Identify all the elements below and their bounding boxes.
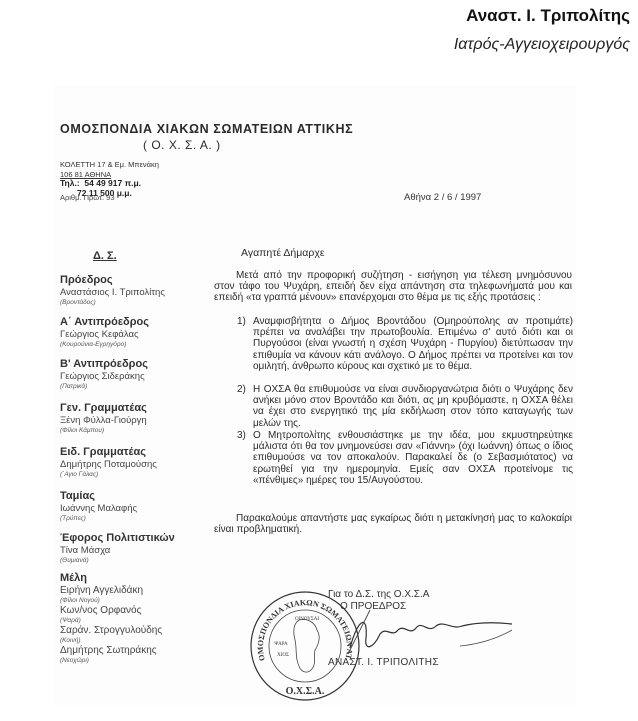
svg-text:ΧΙΟΣ: ΧΙΟΣ xyxy=(277,653,289,658)
role-name: Ξένη Φύλλα-Γιούργη xyxy=(60,415,147,426)
member-place: (Κοινή) xyxy=(60,636,162,645)
board-role: Β' Αντιπρόεδρος Γεώργιος Σιδεράκης (Πατρ… xyxy=(60,358,148,391)
role-name: Γεώργιος Σιδεράκης xyxy=(60,371,148,382)
role-title: Α΄ Αντιπρόεδρος xyxy=(60,316,149,329)
proposal-item: 1) Αναμφισβήτητα ο Δήμος Βροντάδου (Ομηρ… xyxy=(253,316,573,372)
board-role: Ειδ. Γραμματέας Δημήτρης Ποταμούσης (΄Αγ… xyxy=(60,446,157,479)
item-text: Αναμφισβήτητα ο Δήμος Βροντάδου (Ομηρούπ… xyxy=(253,316,573,372)
role-title: Ταμίας xyxy=(60,490,137,503)
item-text: Ο Μητροπολίτης ενθουσιάστηκε με την ιδέα… xyxy=(253,430,573,486)
role-place: (Τρύπες) xyxy=(60,514,137,523)
role-place: (Θυμιανά) xyxy=(60,556,175,565)
role-place: (Βροντάδος) xyxy=(60,298,165,307)
board-role: Γεν. Γραμματέας Ξένη Φύλλα-Γιούργη (Φίλο… xyxy=(60,402,147,435)
item-number: 2) xyxy=(237,384,246,395)
member-name: Σαράν. Στρογγυλούδης xyxy=(60,625,162,636)
member-place: (Νεοχώρι) xyxy=(60,656,162,665)
board-role: Έφορος Πολιτιστικών Τίνα Μάσχα (Θυμιανά) xyxy=(60,532,175,565)
member-name: Ειρήνη Αγγελιδάκη xyxy=(60,585,162,596)
org-abbreviation: ( Ο. Χ. Σ. Α. ) xyxy=(143,138,221,152)
role-place: (Φίλοι Κάμπου) xyxy=(60,426,147,435)
member-name: Κων/νος Ορφανός xyxy=(60,605,162,616)
role-title: Β' Αντιπρόεδρος xyxy=(60,358,148,371)
item-number: 1) xyxy=(237,316,246,327)
role-place: (΄Αγιο Γάλας) xyxy=(60,470,157,479)
svg-text:ΨΑΡΑ: ΨΑΡΑ xyxy=(274,642,288,647)
signature-line-for: Για το Δ.Σ. της Ο.Χ.Σ.Α xyxy=(328,589,429,600)
board-title: Δ. Σ. xyxy=(93,250,117,262)
members-title: Μέλη xyxy=(60,572,162,585)
signature-line-role: Ο ΠΡΟΕΔΡΟΣ xyxy=(340,601,406,612)
role-place: (Πατρικά) xyxy=(60,382,148,391)
intro-paragraph: Μετά από την προφορική συζήτηση - εισήγη… xyxy=(214,270,572,304)
phone-am-value: 54 49 917 π.μ. xyxy=(84,178,141,188)
role-title: Πρόεδρος xyxy=(60,274,165,287)
address-street: ΚΟΛΕΤΤΗ 17 & Εμ. Μπενάκη xyxy=(60,160,159,170)
svg-text:ΟΙΝΟΥΣΑΙ: ΟΙΝΟΥΣΑΙ xyxy=(295,617,319,622)
role-place: (Κουρούνια-Εγρηγόρο) xyxy=(60,340,149,349)
doctor-specialty: Ιατρός-Αγγειοχειρουργός xyxy=(454,36,630,54)
member-name: Δημήτρης Σωτηράκης xyxy=(60,645,162,656)
member-place: (Ψαρά) xyxy=(60,616,162,625)
member-place: (Φίλοι Νογού) xyxy=(60,596,162,605)
role-name: Δημήτρης Ποταμούσης xyxy=(60,459,157,470)
role-title: Έφορος Πολιτιστικών xyxy=(60,532,175,545)
proposal-item: 2) Η ΟΧΣΑ θα επιθυμούσε να είναι συνδιορ… xyxy=(253,384,573,429)
org-name: ΟΜΟΣΠΟΝΔΙΑ ΧΙΑΚΩΝ ΣΩΜΑΤΕΙΩΝ ΑΤΤΙΚΗΣ xyxy=(60,122,353,136)
letter-date: Αθήνα 2 / 6 / 1997 xyxy=(404,192,481,203)
role-title: Γεν. Γραμματέας xyxy=(60,402,147,415)
signature-line-name: ΑΝΑΣΤ. Ι. ΤΡΙΠΟΛΙΤΗΣ xyxy=(328,657,439,668)
members-list: Μέλη Ειρήνη Αγγελιδάκη (Φίλοι Νογού) Κων… xyxy=(60,572,162,665)
board-role: Πρόεδρος Αναστάσιος Ι. Τριπολίτης (Βροντ… xyxy=(60,274,165,307)
role-name: Ιωάννης Μαλαφής xyxy=(60,503,137,514)
svg-text:ΟΜΟΣΠΟΝΔΙΑ ΧΙΑΚΩΝ ΣΩΜΑΤΕΙΩΝ ΑΤ: ΟΜΟΣΠΟΝΔΙΑ ΧΙΑΚΩΝ ΣΩΜΑΤΕΙΩΝ ΑΤΤΙΚΗΣ xyxy=(249,590,354,662)
role-title: Ειδ. Γραμματέας xyxy=(60,446,157,459)
item-text: Η ΟΧΣΑ θα επιθυμούσε να είναι συνδιοργαν… xyxy=(253,384,573,429)
role-name: Τίνα Μάσχα xyxy=(60,545,175,556)
closing-paragraph: Παρακαλούμε απαντήστε μας εγκαίρως διότι… xyxy=(214,513,572,535)
greeting: Αγαπητέ Δήμαρχε xyxy=(241,248,325,259)
svg-text:Ο.Χ.Σ.Α.: Ο.Χ.Σ.Α. xyxy=(286,686,325,697)
item-number: 3) xyxy=(237,430,246,441)
proposal-item: 3) Ο Μητροπολίτης ενθουσιάστηκε με την ι… xyxy=(253,430,573,486)
role-name: Γεώργιος Κεφάλας xyxy=(60,329,149,340)
board-role: Α΄ Αντιπρόεδρος Γεώργιος Κεφάλας (Κουρού… xyxy=(60,316,149,349)
signature-icon xyxy=(340,608,515,658)
phone-label: Τηλ.: xyxy=(60,178,80,188)
doctor-name: Αναστ. Ι. Τριπολίτης xyxy=(466,6,630,26)
protocol-number: Αριθμ. Πρωτ. 93 xyxy=(60,193,115,202)
board-role: Ταμίας Ιωάννης Μαλαφής (Τρύπες) xyxy=(60,490,137,523)
role-name: Αναστάσιος Ι. Τριπολίτης xyxy=(60,287,165,298)
